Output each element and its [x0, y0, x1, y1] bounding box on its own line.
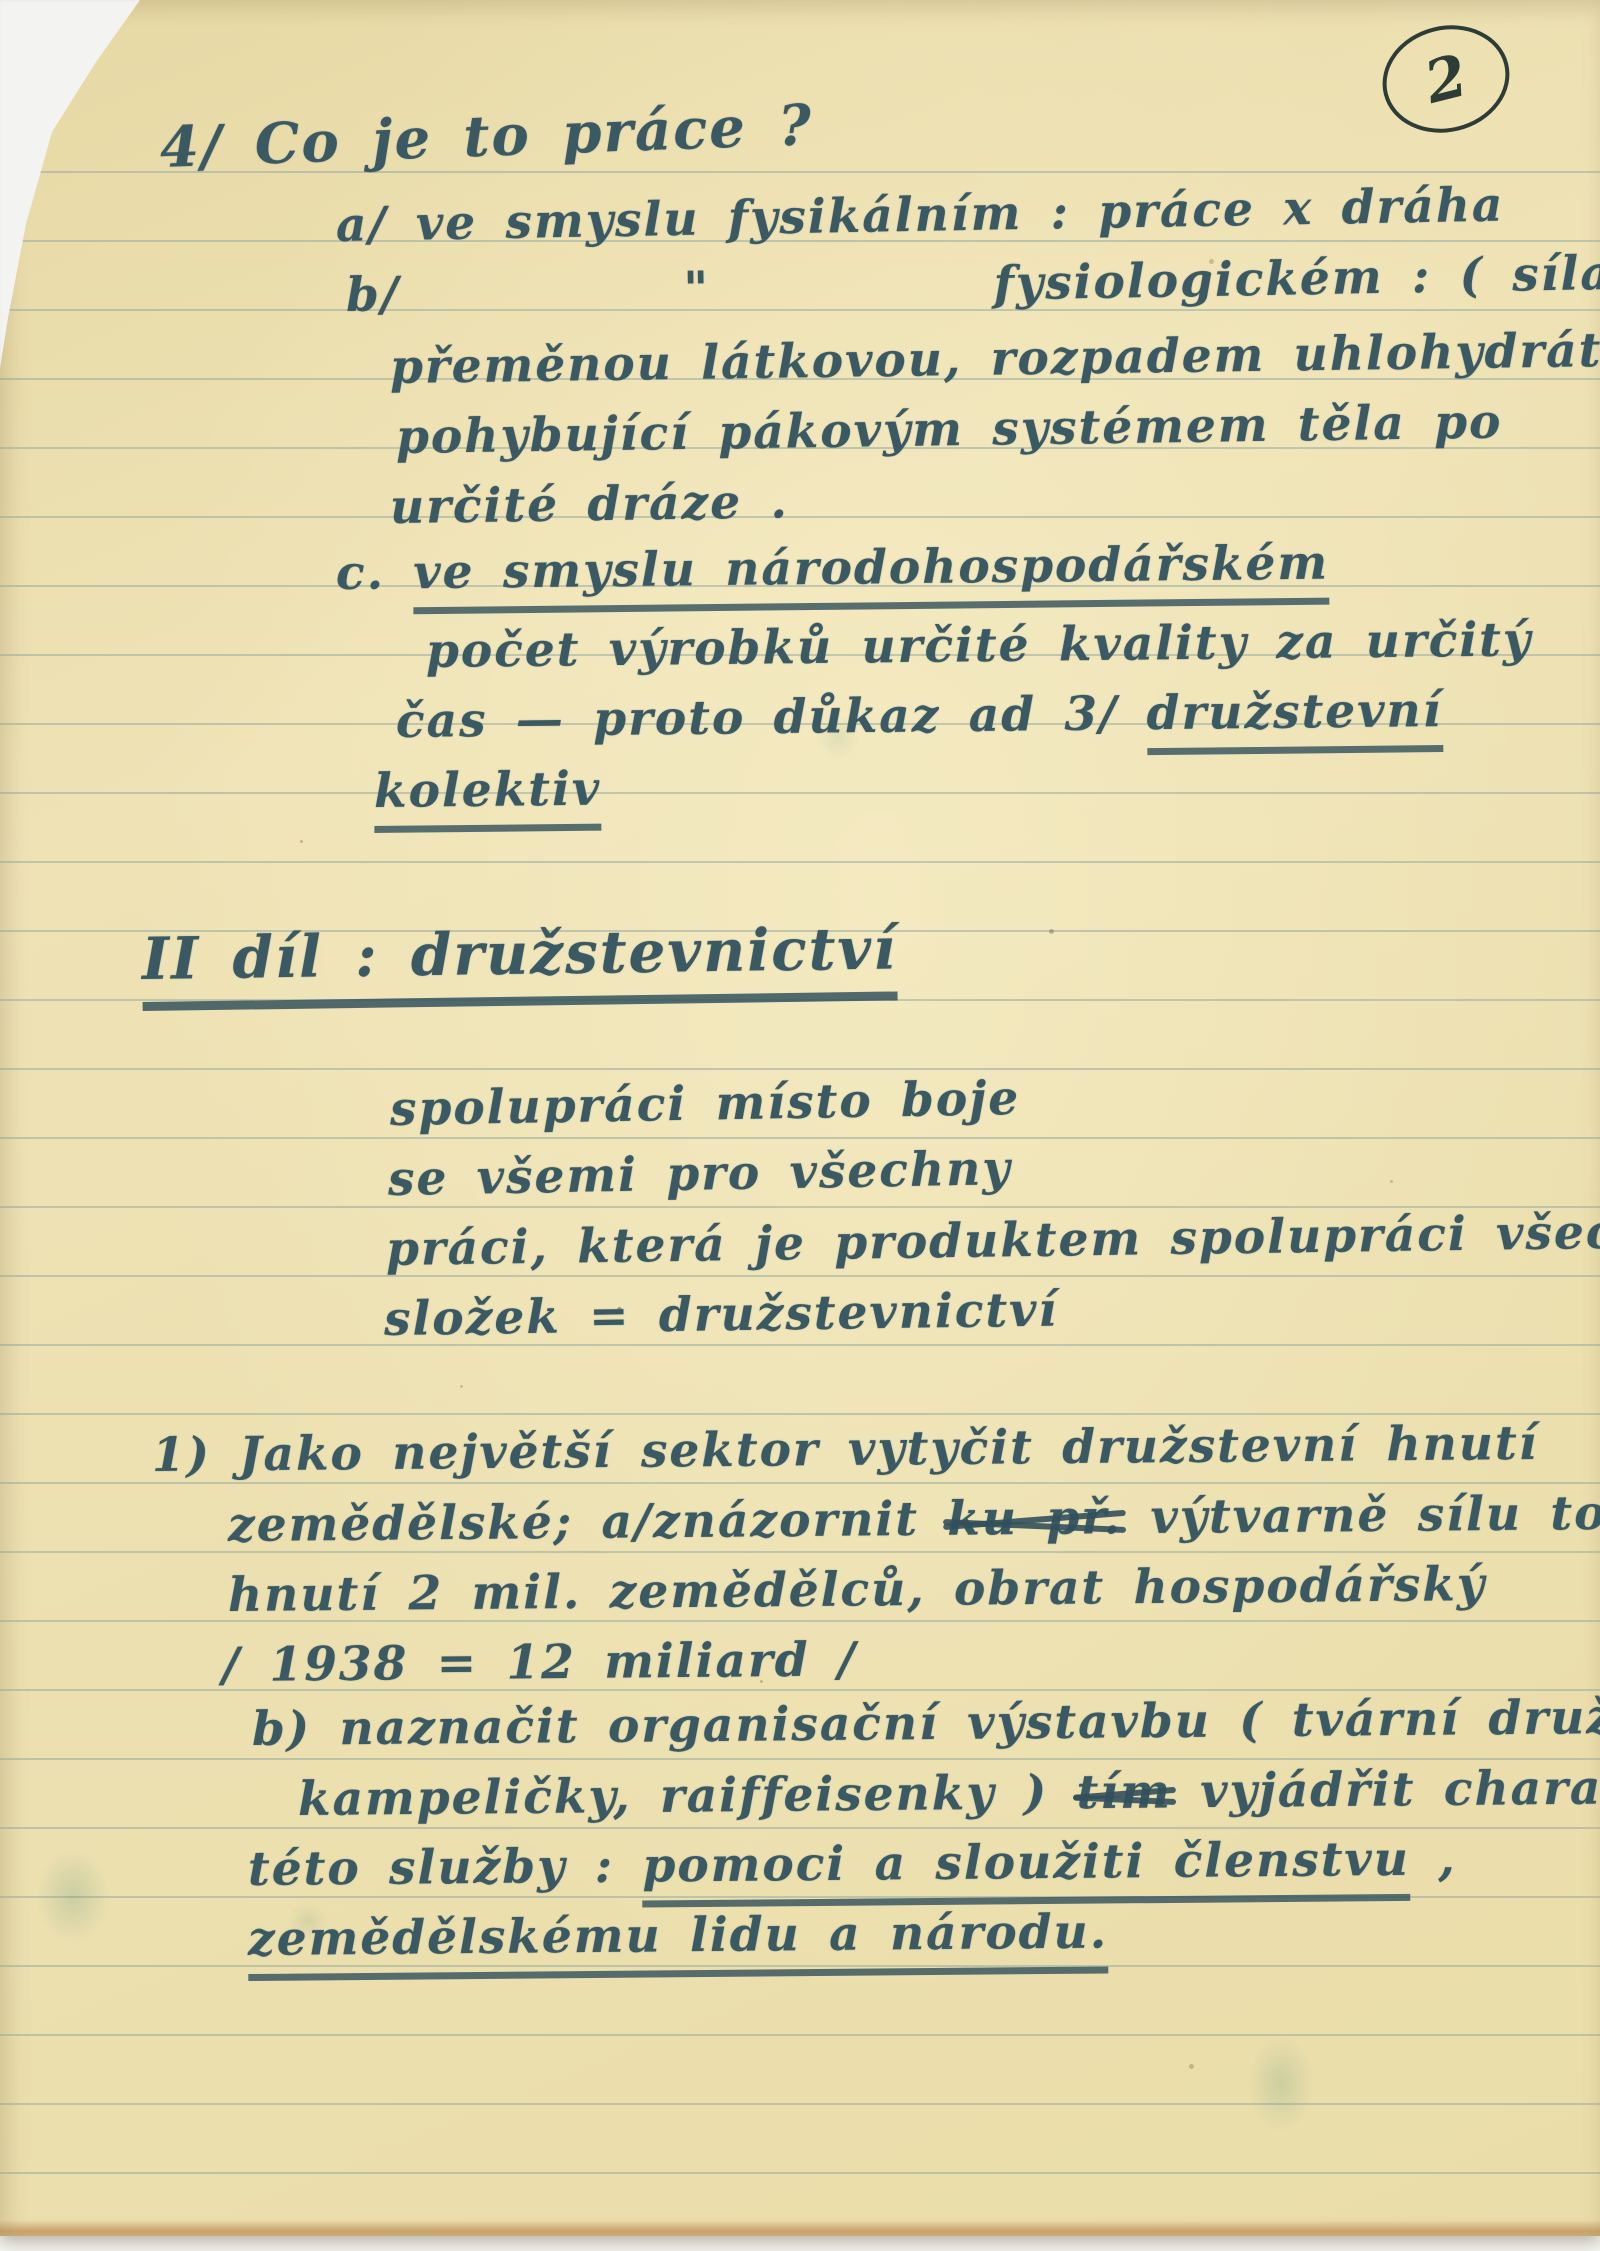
underlined-phrase: II díl : družstevnictví: [142, 914, 898, 1011]
underlined-phrase: pomoci a sloužiti členstvu: [642, 1832, 1410, 1908]
handwritten-line: hnutí 2 mil. zemědělců, obrat hospodářsk…: [228, 1559, 1487, 1622]
handwritten-line: této služby : pomoci a sloužiti členstvu…: [248, 1833, 1457, 1895]
line-text: c.: [336, 545, 414, 601]
line-text: této služby :: [248, 1839, 643, 1897]
handwritten-line: b) naznačit organisační výstavbu ( tvárn…: [252, 1691, 1600, 1756]
section-heading: II díl : družstevnictví: [142, 917, 898, 991]
underlined-phrase: zemědělskému lidu a národu.: [248, 1904, 1109, 1981]
scanned-notebook-page: 2 4/ Co je to práce ? a/ ve smyslu fysik…: [0, 0, 1600, 2251]
line-text: výtvarně sílu tohoto: [1122, 1485, 1600, 1545]
underlined-phrase: kolektiv: [374, 762, 602, 833]
line-text: čas — proto důkaz ad 3/: [396, 686, 1147, 749]
line-text: kampeličky, raiffeisenky ): [298, 1765, 1077, 1827]
line-text: vyjádřit charakter: [1172, 1760, 1600, 1820]
underlined-phrase: družstevní: [1146, 683, 1443, 755]
handwritten-line: se všemi pro všechny: [388, 1143, 1012, 1206]
handwritten-line: zemědělskému lidu a národu.: [248, 1906, 1109, 1965]
handwritten-line: kolektiv: [374, 764, 602, 818]
handwritten-line: zemědělské; a/znázornit ku př. výtvarně …: [228, 1487, 1600, 1552]
line-text: zemědělské; a/znázornit: [228, 1492, 948, 1553]
underlined-phrase: ve smyslu národohospodářském: [413, 536, 1329, 615]
handwritten-line: počet výrobků určité kvality za určitý: [426, 614, 1533, 677]
handwritten-line: c. ve smyslu národohospodářském: [336, 538, 1330, 600]
handwritten-line: spolupráci místo boje: [390, 1073, 1021, 1136]
struck-out-text: ku př.: [947, 1492, 1122, 1545]
page-number: 2: [1418, 41, 1474, 117]
handwritten-line: kampeličky, raiffeisenky ) tím vyjádřit …: [298, 1762, 1600, 1826]
handwritten-line: čas — proto důkaz ad 3/ družstevní: [396, 685, 1443, 748]
line-text: ,: [1410, 1831, 1457, 1886]
handwritten-line: 1) Jako největší sektor vytyčit družstev…: [152, 1418, 1539, 1482]
handwritten-line: určité dráze .: [390, 476, 789, 533]
handwritten-line: složek = družstevnictví: [384, 1285, 1059, 1346]
handwritten-line: / 1938 = 12 miliard /: [222, 1634, 858, 1691]
struck-out-text: tím: [1076, 1766, 1172, 1819]
paper-bottom-edge: [0, 2220, 1600, 2236]
